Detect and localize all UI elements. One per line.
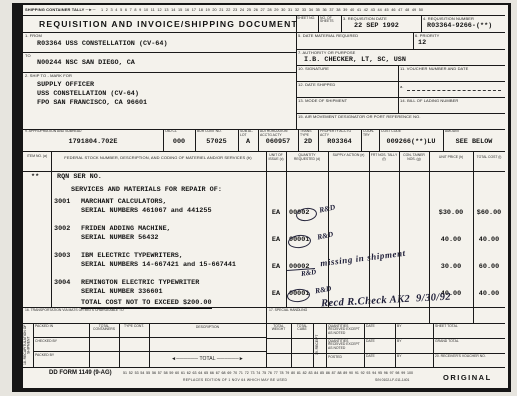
divider-line xyxy=(429,307,430,323)
divider-line xyxy=(266,151,267,307)
shipping-container-tally-label: SHIPPING CONTAINER TALLY ─►─ xyxy=(25,8,96,13)
property-acctg-label: PROPERTY ACCTG ACTY xyxy=(320,130,360,138)
services-materials-line: SERVICES AND MATERIALS FOR REPAIR OF: xyxy=(71,187,222,194)
col-unit-price-header: UNIT PRICE (h) xyxy=(431,156,471,160)
divider-line xyxy=(119,323,120,367)
property-acctg-value: R03364 xyxy=(318,139,361,146)
divider-line xyxy=(33,323,34,367)
no-of-sheets-label: NO. OF SHEETS xyxy=(320,17,340,25)
divider-line xyxy=(313,323,314,367)
col-supply-action-header: SUPPLY ACTION (e) xyxy=(330,154,367,158)
trans-type-value: 2D xyxy=(298,139,318,146)
rqn-serial-line: RQN SER NO. xyxy=(57,174,102,181)
voucher-dashed-line xyxy=(407,90,501,91)
copy-designation: ORIGINAL xyxy=(443,373,492,382)
divider-line xyxy=(298,129,299,151)
tally-numbers-top: 1 2 3 4 5 6 7 8 9 10 11 12 13 14 15 16 1… xyxy=(101,8,503,12)
sheet-total-label: SHEET TOTAL xyxy=(435,325,458,329)
divider-line xyxy=(361,129,362,151)
divider-line xyxy=(379,129,380,151)
sub-allotment-value: A xyxy=(238,139,258,146)
ship-to-label: 2. SHIP TO - MARK FOR xyxy=(25,74,72,79)
cost-code-label: COST CODE xyxy=(381,130,421,134)
bureau-control-value: 57025 xyxy=(195,139,238,146)
auth-acctg-value: 060957 xyxy=(258,139,298,146)
divider-line xyxy=(238,129,239,151)
authority-value: I.B. CHECKER, LT, SC, USN xyxy=(304,57,406,64)
appropriation-label: 9. APPROPRIATION AND SUBHEAD xyxy=(25,130,155,134)
item-unit-price: $30.00 xyxy=(429,210,473,217)
col-qty-requested-header: QUANTITY REQUESTED (d) xyxy=(288,154,326,162)
item-serials: SERIAL NUMBERS 461067 and 441255 xyxy=(81,208,212,215)
bill-of-lading-label: 14. BILL OF LADING NUMBER xyxy=(400,99,458,104)
divider-line xyxy=(341,15,342,32)
by-label: BY xyxy=(397,325,402,329)
sheet-no-label: SHEET NO. xyxy=(297,17,317,21)
divider-line xyxy=(23,151,505,152)
col-frt-nos-header: FRT NOS. TALLY (f) xyxy=(370,154,398,162)
handwritten-rd-mark: R&D xyxy=(316,229,334,241)
divider-line xyxy=(326,323,327,367)
divider-line xyxy=(413,32,414,49)
to-value: N00244 NSC SAN DIEGO, CA xyxy=(37,60,135,67)
divider-line xyxy=(23,171,505,172)
from-value: R03364 USS CONSTELLATION (CV-64) xyxy=(37,41,168,48)
special-handling-label: 17. SPECIAL HANDLING xyxy=(269,309,329,313)
item-total-cost: 40.00 xyxy=(473,237,505,244)
divider-line xyxy=(369,151,370,307)
divider-line xyxy=(89,323,90,367)
requisition-number-label: 4. REQUISITION NUMBER xyxy=(423,17,474,22)
receipt-row2-label: QUANTITIES RECEIVED EXCEPT AS NOTED xyxy=(328,340,362,352)
amount-value: SEE BELOW xyxy=(443,139,505,146)
divider-line xyxy=(433,323,434,367)
replaces-edition-note: REPLACES EDITION OF 1 NOV 64 WHICH MAY B… xyxy=(183,379,287,383)
date-label: DATE xyxy=(366,355,375,359)
item-number: 3003 xyxy=(54,253,70,260)
divider-line xyxy=(443,129,444,151)
total-containers-header: TOTAL CONTAINERS xyxy=(90,325,118,333)
divider-line xyxy=(328,151,329,307)
from-label: 1. FROM xyxy=(25,34,42,39)
col-item-no-header: ITEM NO. (a) xyxy=(24,155,50,159)
receipt-row1-label: QUANTITIES RECEIVED EXCEPT AS NOTED xyxy=(328,325,362,337)
divider-line xyxy=(51,151,52,307)
item-unit-price: 40.00 xyxy=(429,237,473,244)
divider-line xyxy=(296,15,297,129)
divider-line xyxy=(364,323,365,367)
voucher-a-prefix: a. xyxy=(400,85,404,90)
type-container-header: TYPE CONT. xyxy=(120,325,148,329)
divider-line xyxy=(398,65,399,113)
divider-line xyxy=(291,323,292,367)
air-movement-label: 15. AIR MOVEMENT DESIGNATOR OR PORT REFE… xyxy=(298,115,421,120)
priority-label: 6. PRIORITY xyxy=(415,34,439,39)
form-border-frame: SHIPPING CONTAINER TALLY ─►─ 1 2 3 4 5 6… xyxy=(12,3,511,392)
requisition-date-value: 22 SEP 1992 xyxy=(354,23,399,30)
receivers-voucher-label: 20. RECEIVER'S VOUCHER NO. xyxy=(435,355,501,359)
obj-class-label: OBJ CL xyxy=(165,130,193,134)
trans-type-label: TRANS TYPE xyxy=(300,130,317,138)
divider-line xyxy=(421,15,422,32)
form-id: DD FORM 1149 (9-AG) xyxy=(49,370,112,376)
divider-line xyxy=(296,49,505,50)
ship-to-line1: SUPPLY OFFICER xyxy=(37,82,94,89)
grand-total-label: GRAND TOTAL xyxy=(435,340,459,344)
total-arrow-row: ◄────── TOTAL ──────► xyxy=(150,356,265,362)
handwritten-rd-mark: R&D xyxy=(301,268,317,278)
receipt-vertical-label: 19. RECEIPT xyxy=(316,324,319,366)
item-unit: EA xyxy=(266,291,286,298)
item-number: 3004 xyxy=(54,280,70,287)
item-number: 3002 xyxy=(54,226,70,233)
priority-value: 12 xyxy=(418,40,426,47)
appropriation-value: 1791804.702E xyxy=(23,139,163,146)
item-description: FRIDEN ADDING MACHINE, xyxy=(81,226,171,233)
divider-line xyxy=(296,97,505,98)
divider-line xyxy=(23,129,505,130)
by-label: BY xyxy=(397,340,402,344)
handwritten-missing-note: missing in shipment xyxy=(320,248,407,268)
item-unit: EA xyxy=(266,237,286,244)
col-description-header: FEDERAL STOCK NUMBER, DESCRIPTION, AND C… xyxy=(63,156,253,161)
date-label: DATE xyxy=(366,325,375,329)
divider-line xyxy=(266,353,505,354)
divider-line xyxy=(266,338,505,339)
divider-line xyxy=(195,129,196,151)
auth-acctg-label: AUTHORIZATION ACCTG ACTY xyxy=(260,130,296,138)
date-shipped-label: 12. DATE SHIPPED xyxy=(298,83,335,88)
item-total-cost: $60.00 xyxy=(473,210,505,217)
col-total-cost-header: TOTAL COST (i) xyxy=(475,156,503,160)
divider-line xyxy=(399,151,400,307)
transportation-label: 16. TRANSPORTATION VIA MATS OR MSTS CHAR… xyxy=(25,309,145,313)
divider-line xyxy=(23,72,296,73)
divider-line xyxy=(473,151,474,307)
country-label: COUN- TRY xyxy=(363,130,378,138)
receipt-row3-label: POSTED xyxy=(328,356,362,360)
divider-line xyxy=(258,129,259,151)
signature-label: 10. SIGNATURE xyxy=(298,67,329,72)
divider-line xyxy=(318,15,319,32)
ship-to-line2: USS CONSTELLATION (CV-64) xyxy=(37,91,139,98)
tally-numbers-bottom: 51 52 53 54 55 56 57 58 59 60 61 62 63 6… xyxy=(123,371,418,375)
authority-label: 7. AUTHORITY OR PURPOSE xyxy=(298,51,355,56)
cost-code-value: 009266(**)LU xyxy=(379,139,443,146)
item-total-cost: 40.00 xyxy=(473,291,505,298)
divider-line xyxy=(23,367,505,368)
col-unit-issue-header: UNIT OF ISSUE (c) xyxy=(267,154,285,162)
divider-line xyxy=(473,307,474,323)
divider-line xyxy=(429,151,430,307)
item-total-cost: 60.00 xyxy=(473,264,505,271)
divider-line xyxy=(296,65,505,66)
divider-line xyxy=(23,15,505,16)
divider-line xyxy=(296,113,505,114)
divider-line xyxy=(395,323,396,367)
recapitulation-vertical-label: 18. RECAPITULATION OF SHIPMENT xyxy=(24,324,31,366)
bureau-control-label: BUR CONT NO. xyxy=(197,130,235,134)
item-description: IBM ELECTRIC TYPEWRITERS, xyxy=(81,253,183,260)
divider-line xyxy=(266,307,267,367)
to-label: TO xyxy=(25,54,31,59)
divider-line xyxy=(149,323,150,367)
requisition-date-label: 3. REQUISITION DATE xyxy=(343,17,387,22)
item-unit-price: 30.00 xyxy=(429,264,473,271)
col-container-nos-header: CON- TAINER NOS. (g) xyxy=(400,154,428,162)
divider-line xyxy=(23,32,505,33)
item-description: MARCHANT CALCULATORS, xyxy=(81,199,167,206)
mode-of-shipment-label: 13. MODE OF SHIPMENT xyxy=(298,99,347,104)
scanned-dd1149-form: { "tally": { "label": "SHIPPING CONTAINE… xyxy=(0,0,517,396)
recap-row3-label: PACKED BY xyxy=(35,354,85,358)
by-label: BY xyxy=(397,355,402,359)
ship-to-line3: FPO SAN FRANCISCO, CA 96601 xyxy=(37,100,147,107)
item-description: REMINGTON ELECTRIC TYPEWRITER xyxy=(81,280,199,287)
handwritten-rd-mark: R&D xyxy=(314,284,332,296)
amount-label: AMOUNT xyxy=(445,130,485,134)
total-cube-header: TOTAL CUBE xyxy=(292,325,312,333)
item-number: 3001 xyxy=(54,199,70,206)
divider-line xyxy=(23,52,296,53)
obj-class-value: 000 xyxy=(163,139,195,146)
description-header: DESCRIPTION xyxy=(150,326,265,330)
item-unit: EA xyxy=(266,210,286,217)
stock-number-note: S/N 0102-LF-011-1401 xyxy=(375,379,409,383)
recap-row1-label: PACKED IN xyxy=(35,325,85,329)
item-serials: SERIAL NUMBERS 14-667421 and 15-667441 xyxy=(81,262,236,269)
voucher-number-label: 11. VOUCHER NUMBER AND DATE xyxy=(400,67,468,72)
item-serials: SERIAL NUMBER 336601 xyxy=(81,289,163,296)
divider-line xyxy=(318,129,319,151)
form-title: REQUISITION AND INVOICE/SHIPPING DOCUMEN… xyxy=(39,19,298,29)
recap-row2-label: CHECKED BY xyxy=(35,340,85,344)
sub-allotment-label: SUB AL-LOT xyxy=(240,130,257,138)
item-unit: EA xyxy=(266,264,286,271)
total-weight-header: TOTAL WEIGHT xyxy=(267,325,290,333)
date-material-required-label: 5. DATE MATERIAL REQUIRED xyxy=(298,34,358,39)
requisition-number-value: R03364-9266-(**) xyxy=(427,23,492,30)
divider-line xyxy=(286,151,287,307)
rqn-item-flag: ** xyxy=(31,174,39,181)
item-serials: SERIAL NUMBER 56432 xyxy=(81,235,159,242)
divider-line xyxy=(23,307,505,308)
divider-line xyxy=(296,81,505,82)
date-label: DATE xyxy=(366,340,375,344)
divider-line xyxy=(163,129,164,151)
